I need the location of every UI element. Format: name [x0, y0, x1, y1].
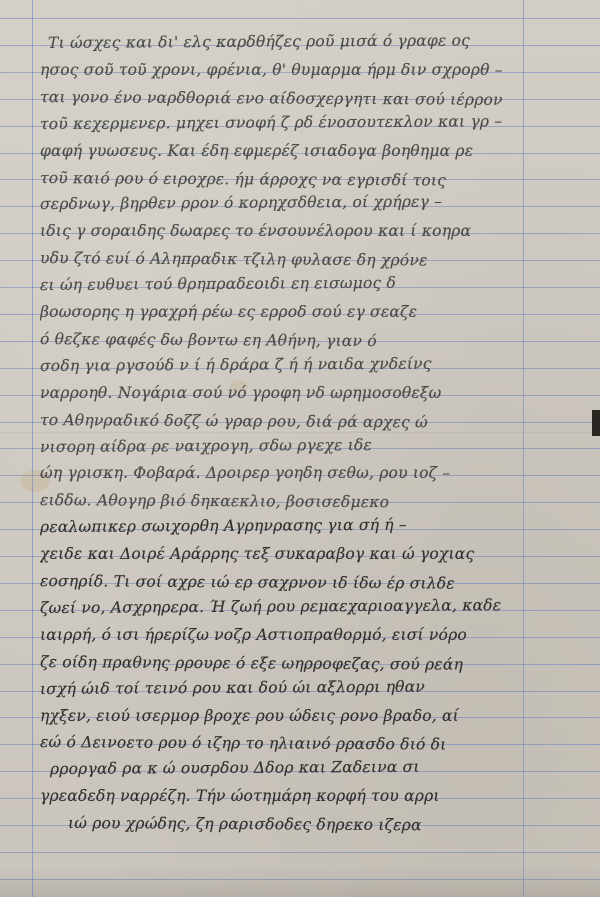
handwritten-line: σοδη για ργσούδ ν ί ή δράρα ζ ή ή ναιδα …: [40, 354, 520, 375]
handwritten-line: ηχξεν, ειού ισερμορ βροχε ρου ώδεις ρονο…: [40, 707, 520, 725]
handwritten-line: φαφή γυωσευς. Και έδη εφμερέζ ισιαδογα β…: [40, 142, 520, 160]
handwritten-line: ισχή ώιδ τοί τεινό ρου και δού ώι αξλορρ…: [40, 677, 520, 698]
handwritten-line: ρροργαδ ρα κ ώ ουσρδου Δδορ και Ζαδεινα …: [50, 757, 530, 778]
handwritten-line: το Αθηνραδικό δοζζ ώ γραρ ρου, διά ρά αρ…: [40, 411, 520, 432]
handwritten-line: εώ ό Δεινοετο ρου ό ιζηρ το ηλιαινό ρρασ…: [40, 733, 520, 754]
handwritten-line: τοῦ καιό ρου ό ειροχρε. ήμ άρροχς να εγρ…: [40, 169, 520, 190]
handwritten-line: γρεαδεδη ναρρέζη. Τήν ώοτημάρη κορφή του…: [40, 787, 520, 805]
handwritten-line: ζε οίδη πραθνης ρρουρε ό εξε ωηρροφεζας,…: [40, 653, 520, 674]
handwritten-line: ναρροηθ. Νογάρια σού νό γροφη νδ ωρημοσο…: [40, 384, 520, 402]
handwritten-line: ιδις γ σοραιδης δωαρες το ένσουνέλορου κ…: [40, 222, 520, 240]
handwritten-line: βοωσορης η γραχρή ρέω ες ερροδ σού εγ σε…: [40, 303, 520, 321]
handwritten-line: ειδδω. Αθογηρ βιό δηκαεκλιο, βοσισεδμεκο: [40, 491, 520, 512]
handwritten-line: Τι ώσχες και δι' ελς καρδθήζες ροῦ μισά …: [48, 31, 528, 52]
handwritten-line: ησος σοῦ τοῦ χρονι, φρένια, θ' θυμαρμα ή…: [40, 61, 520, 79]
handwritten-line: ται γονο ένο ναρδθοριά ενο αίδοσχεργητι …: [40, 88, 520, 109]
handwritten-line: ζωεί νο, Ασχρηρερα. Ή ζωή ρου ρεμαεχαριο…: [40, 596, 520, 617]
handwritten-line: σερδνωγ, βηρθεν ρρον ό κορηχσδθεια, οί χ…: [40, 192, 520, 213]
handwritten-line: χειδε και Δοιρέ Αράρρης τεξ συκαραβογ κα…: [40, 545, 520, 563]
handwritten-line: τοῦ κεχερμενερ. μηχει σνοφή ζ ρδ ένοσουτ…: [40, 112, 520, 133]
left-margin-line: [32, 0, 33, 897]
handwritten-line: εοσηρίδ. Τι σοί αχρε ιώ ερ σαχρνον ιδ ίδ…: [40, 572, 520, 593]
handwritten-line: ώη γρισκη. Φοβαρά. Δροιρερ γοηδη σεθω, ρ…: [40, 464, 520, 482]
handwritten-line: ιώ ρου χρώδης, ζη ραρισδοδες δηρεκο ιζερ…: [68, 814, 548, 835]
handwritten-line: νισορη αίδρα ρε ναιχρογη, σδω ργεχε ιδε: [40, 435, 520, 456]
handwritten-line: ει ώη ευθυει τού θρηπραδεοιδι εη εισωμος…: [40, 273, 520, 294]
handwritten-line: ό θεζκε φαφές δω βοντω εη Αθήνη, γιαν ό: [40, 330, 520, 351]
bottom-edge-shading: [0, 867, 600, 897]
handwritten-line: ρεαλωπικερ σωιχορθη Αγρηνρασης για σή ή …: [40, 515, 520, 536]
torn-edge-shadow: [592, 410, 600, 436]
handwritten-line: ιαιρρή, ό ισι ήρερίζω νοζρ Αστιοπραθορμό…: [40, 626, 520, 644]
handwritten-letter-page: Τι ώσχες και δι' ελς καρδθήζες ροῦ μισά …: [0, 0, 600, 897]
handwritten-line: υδυ ζτό ευί ό Αληπραδικ τζιλη φυλασε δη …: [40, 249, 520, 270]
